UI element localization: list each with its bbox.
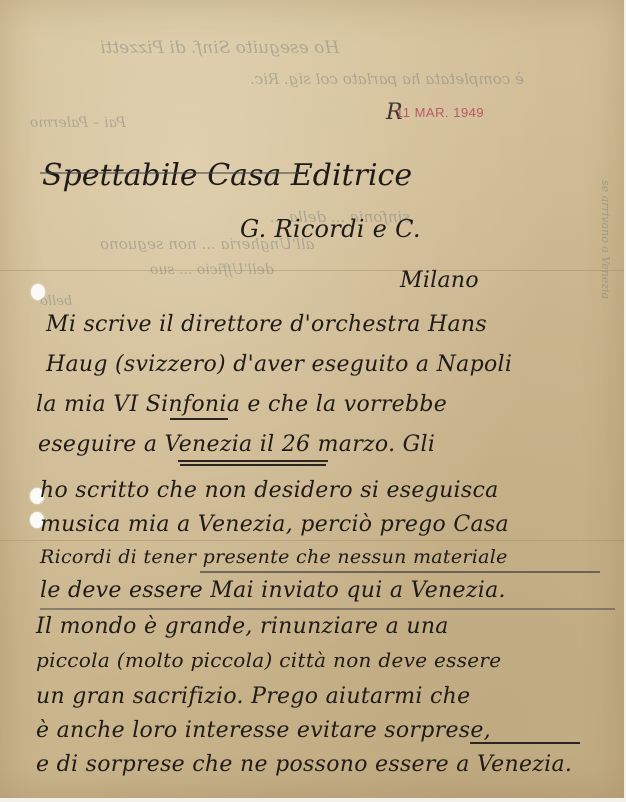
body-line: un gran sacrifizio. Prego aiutarmi che: [36, 684, 470, 709]
salutation: Spettabile Casa Editrice: [42, 158, 412, 193]
body-line: Haug (svizzero) d'aver eseguito a Napoli: [46, 352, 512, 377]
date-stamp: 11 MAR. 1949: [396, 105, 484, 120]
body-line: e di sorprese che ne possono essere a Ve…: [36, 752, 572, 777]
pencil-stroke: [40, 172, 300, 174]
underline: [170, 418, 228, 420]
body-line: la mia VI Sinfonia e che la vorrebbe: [36, 392, 447, 417]
fold-line: [0, 540, 624, 541]
underline: [200, 571, 600, 573]
underline: [470, 742, 580, 744]
body-line: Mi scrive il direttore d'orchestra Hans: [46, 312, 487, 337]
bleedthrough-text: Pai – Palermo: [30, 115, 126, 131]
body-line: piccola (molto piccola) città non deve e…: [36, 648, 501, 672]
body-line: è anche loro interesse evitare sorprese,: [36, 718, 491, 743]
pencil-stroke: [40, 608, 615, 610]
body-line: eseguire a Venezia il 26 marzo. Gli: [38, 432, 435, 457]
underline: [178, 460, 328, 462]
body-line: musica mia a Venezia, perciò prego Casa: [40, 512, 509, 537]
fold-line: [0, 270, 624, 271]
underline: [180, 464, 326, 466]
letter-paper: Ho eseguito Sinf. di Pizzetti è completa…: [0, 0, 624, 798]
bleedthrough-text: bello: [40, 294, 72, 309]
body-line: Ricordi di tener presente che nessun mat…: [40, 546, 508, 568]
margin-note: se arrivano a Venezia: [599, 180, 612, 299]
bleedthrough-text: Ho eseguito Sinf. di Pizzetti: [100, 38, 339, 58]
body-line: Il mondo è grande, rinunziare a una: [36, 614, 449, 639]
bleedthrough-text: dell'Ufficio ... suo: [150, 262, 274, 278]
bleedthrough-text: è completata ha parlato col sig. Ric.: [250, 70, 524, 88]
recipient-city: Milano: [400, 268, 479, 293]
body-line: ho scritto che non desidero si eseguisca: [40, 478, 499, 503]
recipient-name: G. Ricordi e C.: [240, 215, 421, 243]
body-line: le deve essere Mai inviato qui a Venezia…: [40, 578, 506, 603]
